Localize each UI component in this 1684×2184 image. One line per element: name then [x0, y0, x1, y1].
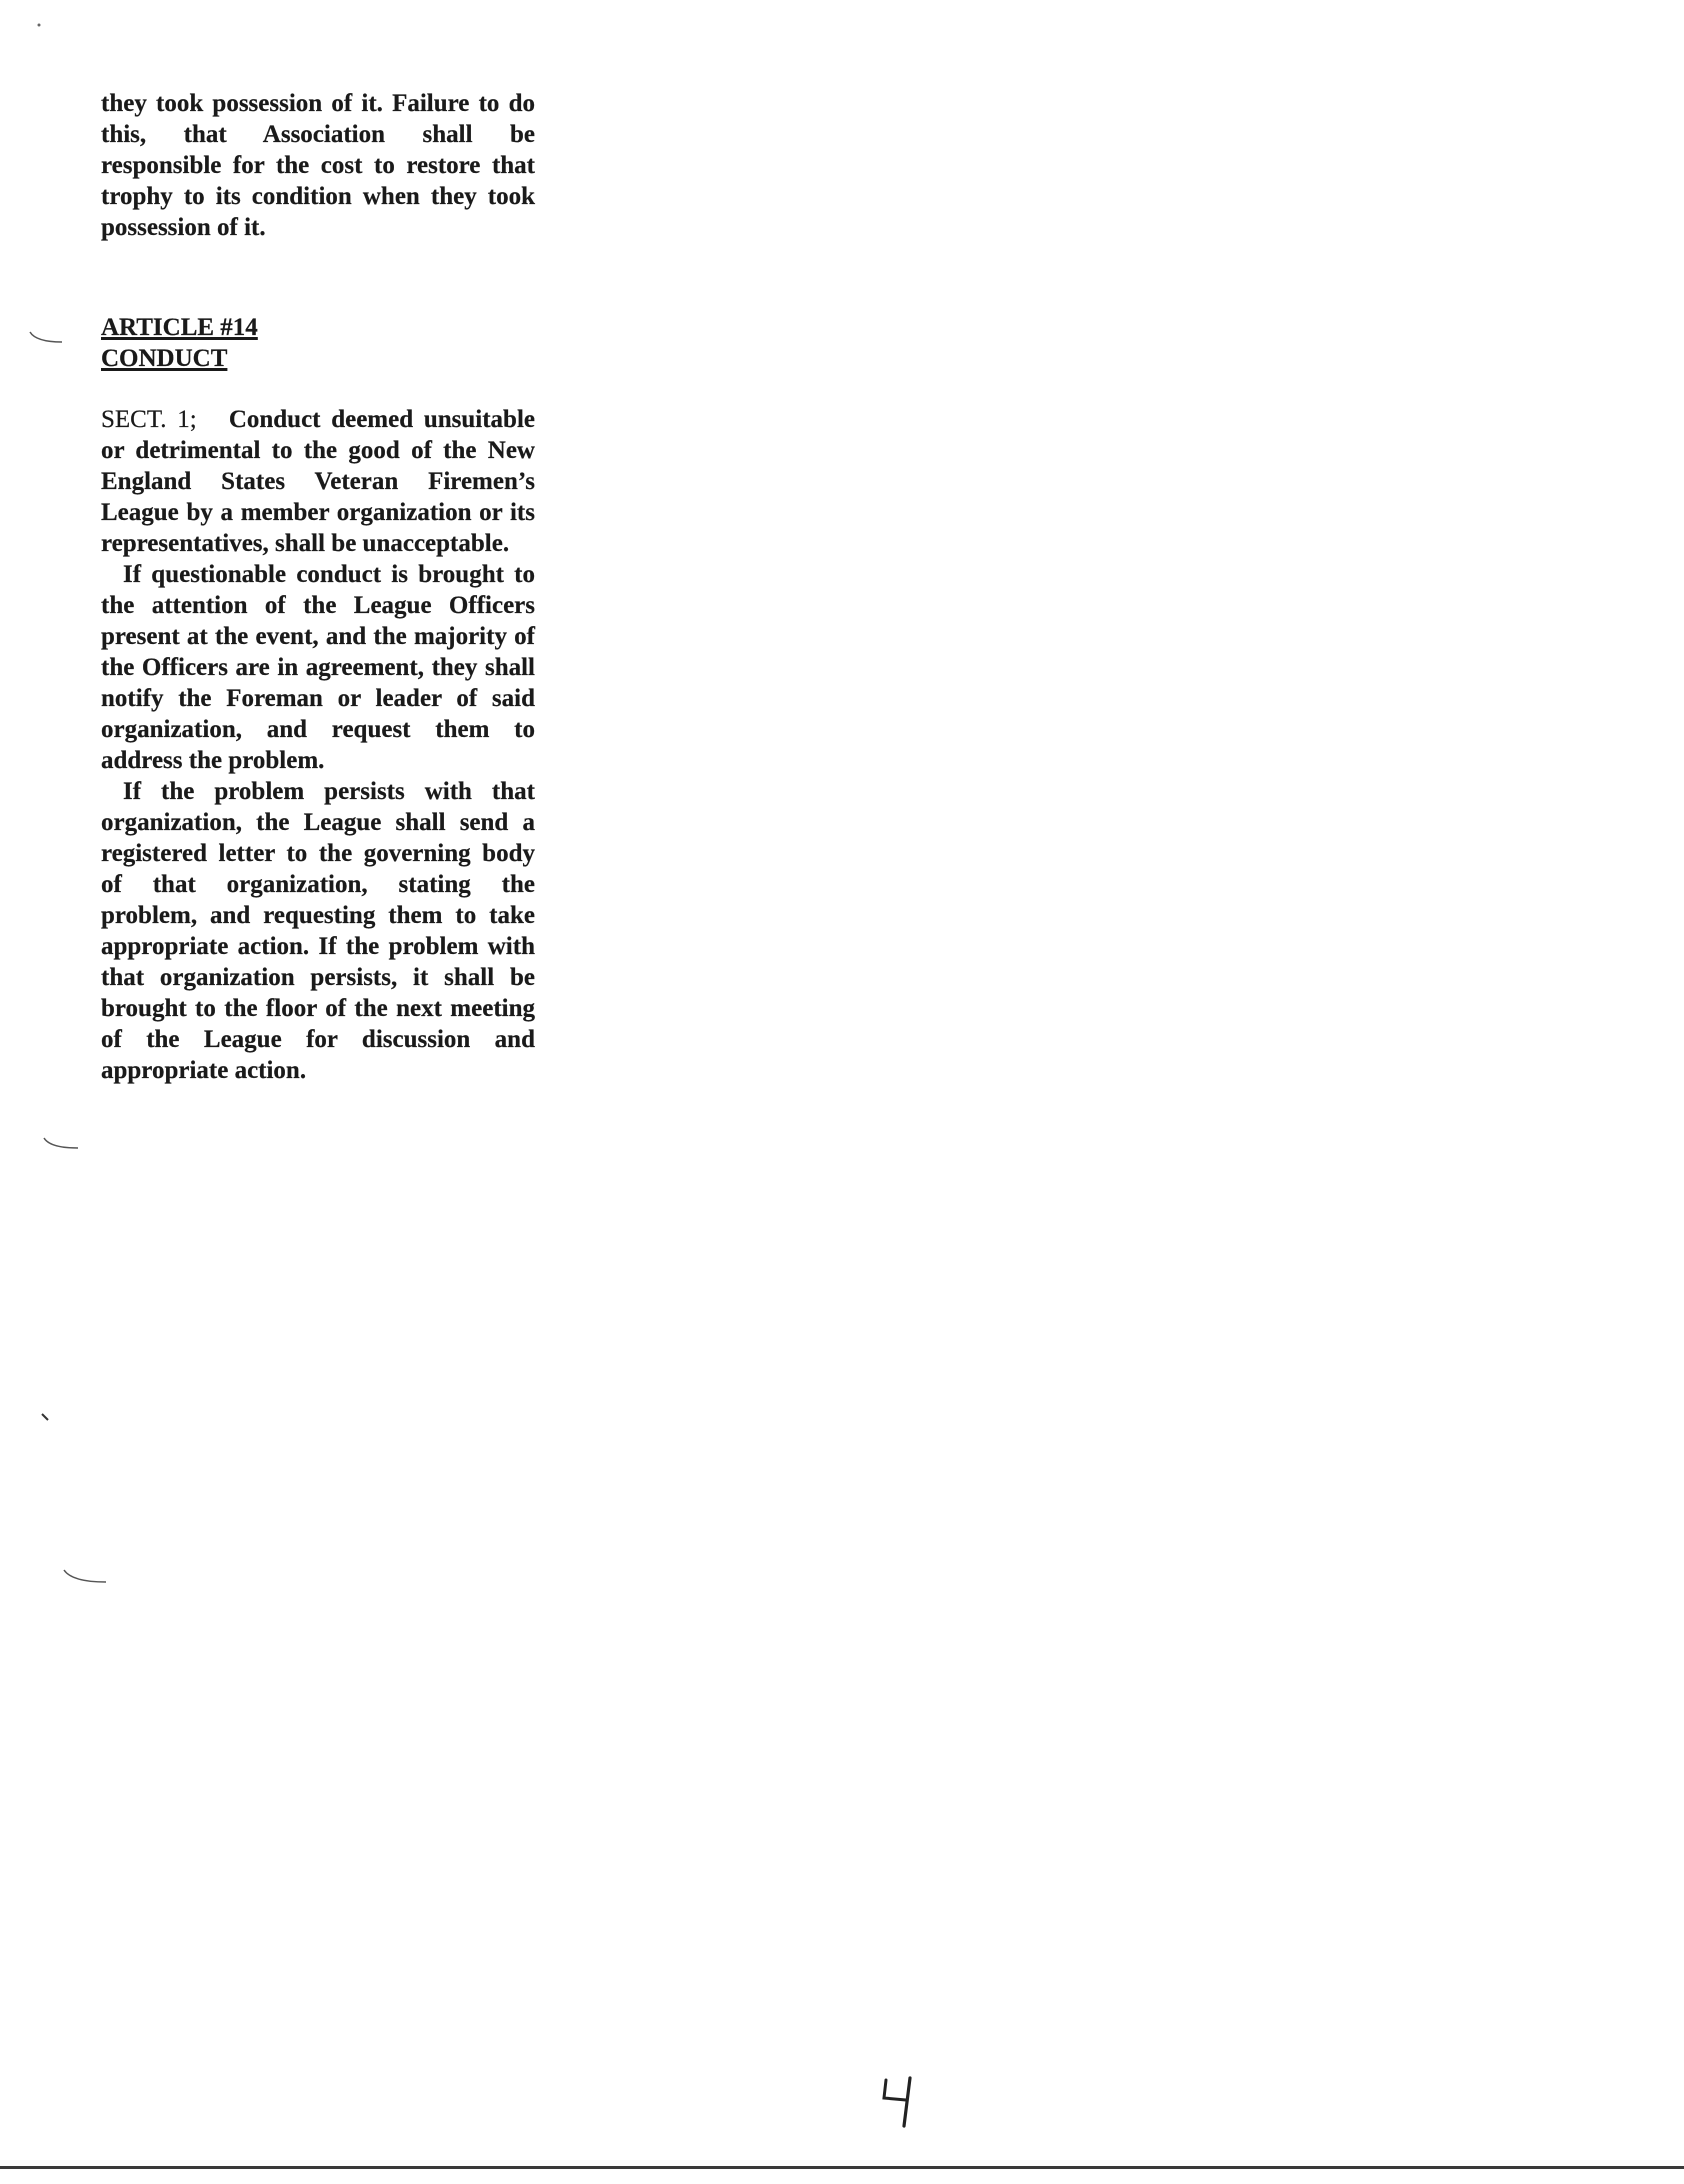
- continued-paragraph-block: they took possession of it. Failure to d…: [101, 88, 535, 243]
- scan-mark-icon: [40, 1412, 52, 1424]
- page-number: 4: [874, 2068, 924, 2138]
- article-title: CONDUCT: [101, 345, 227, 372]
- scan-mark-icon: [28, 330, 68, 350]
- section-1-paragraph-2: If questionable conduct is brought to th…: [101, 559, 535, 776]
- scan-speck-icon: [36, 22, 42, 28]
- page-bottom-rule: [0, 2166, 1684, 2169]
- section-1-paragraph-3: If the problem persists with that organi…: [101, 776, 535, 1086]
- scan-mark-icon: [62, 1568, 112, 1588]
- handwritten-4-icon: [874, 2068, 924, 2138]
- section-1: SECT. 1; Conduct deemed unsuitable or de…: [101, 404, 535, 1086]
- scan-mark-icon: [42, 1136, 82, 1156]
- article-number: ARTICLE #14: [101, 314, 258, 341]
- article-heading: ARTICLE #14 CONDUCT: [101, 312, 535, 374]
- section-1-paragraph-1: SECT. 1; Conduct deemed unsuitable or de…: [101, 404, 535, 559]
- section-label: SECT. 1;: [101, 406, 197, 433]
- continued-paragraph: they took possession of it. Failure to d…: [101, 88, 535, 243]
